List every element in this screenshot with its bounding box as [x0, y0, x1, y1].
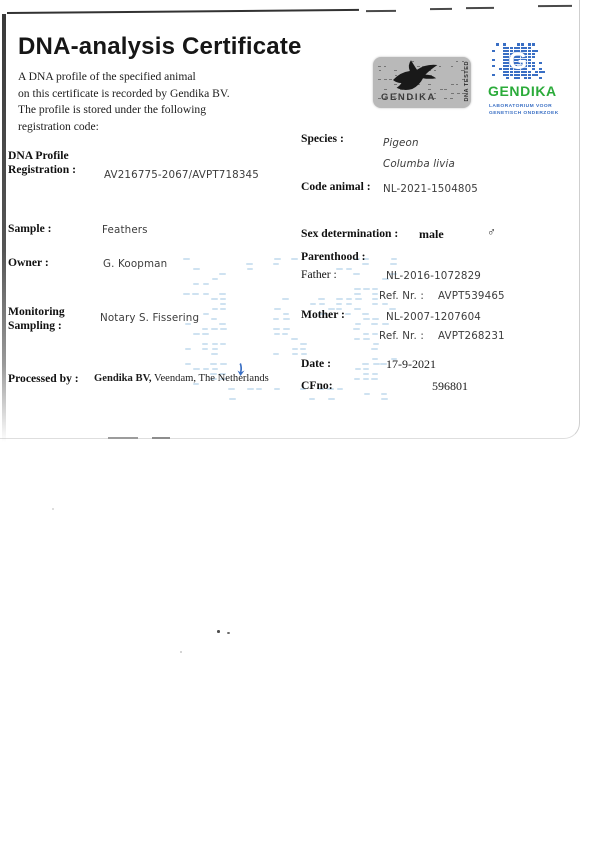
dna-tested-stamp: GENDIKA DNA TESTED — [373, 57, 471, 108]
logo-subtitle-line: GENETISCH ONDERZOEK — [489, 111, 559, 118]
species-label: Species : — [301, 132, 344, 146]
intro-line: on this certificate is recorded by Gendi… — [18, 86, 268, 103]
owner-value: G. Koopman — [103, 258, 167, 270]
intro-text: A DNA profile of the specified animal on… — [18, 69, 268, 135]
scan-speck — [217, 630, 220, 633]
sample-label: Sample : — [8, 222, 51, 236]
scanned-certificate-page: DNA-analysis Certificate A DNA profile o… — [0, 0, 595, 841]
paper-edge-dash — [430, 8, 452, 10]
processed-by-value: Gendika BV, Veendam, The Netherlands — [94, 373, 269, 384]
gendika-logo-subtitle: LABORATORIUM VOOR GENETISCH ONDERZOEK — [489, 104, 559, 117]
mother-ref-label: Ref. Nr. : — [379, 330, 424, 342]
scan-speck — [52, 508, 54, 510]
stamp-brand-text: GENDIKA — [381, 92, 436, 103]
sample-value: Feathers — [102, 224, 148, 236]
mother-label: Mother : — [301, 308, 345, 322]
father-ref-label: Ref. Nr. : — [379, 290, 424, 302]
date-value: 17-9-2021 — [386, 357, 436, 372]
paper-edge-dash — [538, 5, 572, 7]
species-latin-value: Columba livia — [383, 158, 455, 170]
processed-by-location: Veendam, The Netherlands — [152, 373, 269, 384]
monitoring-value: Notary S. Fissering — [100, 312, 199, 324]
cfno-value: 596801 — [432, 379, 468, 394]
stamp-dna-tested-text: DNA TESTED — [464, 61, 470, 102]
certificate-title: DNA-analysis Certificate — [18, 33, 302, 61]
species-common-value: Pigeon — [383, 137, 419, 149]
registration-label: DNA Profile Registration : — [8, 149, 76, 177]
sex-value: male — [419, 227, 444, 241]
cfno-label: CFno: — [301, 379, 333, 393]
date-label: Date : — [301, 357, 331, 371]
parenthood-label: Parenthood : — [301, 250, 366, 264]
owner-label: Owner : — [8, 256, 49, 270]
paper-edge-left — [2, 14, 6, 442]
monitoring-label: Monitoring Sampling : — [8, 305, 65, 333]
paper-edge-dash — [366, 10, 396, 12]
mother-ring-value: NL-2007-1207604 — [386, 311, 481, 323]
father-ref-value: AVPT539465 — [438, 290, 505, 302]
processed-by-label: Processed by : — [8, 372, 79, 386]
mother-ref-value: AVPT268231 — [438, 330, 505, 342]
gendika-logo-brand: GENDIKA — [488, 83, 557, 99]
processed-by-company: Gendika BV, — [94, 373, 152, 384]
male-symbol-icon: ♂ — [487, 225, 496, 240]
sex-determination-label: Sex determination : — [301, 227, 398, 241]
registration-value: AV216775-2067/AVPT718345 — [104, 169, 259, 181]
code-animal-value: NL-2021-1504805 — [383, 183, 478, 195]
scan-speck — [227, 632, 230, 634]
paper-edge-smudge — [152, 437, 170, 439]
intro-line: A DNA profile of the specified animal — [18, 69, 268, 86]
intro-line: registration code: — [18, 119, 268, 136]
father-ring-value: NL-2016-1072829 — [386, 270, 481, 282]
code-animal-label: Code animal : — [301, 180, 371, 194]
logo-subtitle-line: LABORATORIUM VOOR — [489, 104, 559, 111]
scan-speck — [180, 651, 182, 653]
paper-edge-smudge — [108, 437, 138, 439]
father-label: Father : — [301, 268, 337, 282]
paper-edge-dash — [466, 7, 494, 9]
intro-line: The profile is stored under the followin… — [18, 102, 268, 119]
gendika-logo-letter: G — [503, 45, 533, 78]
